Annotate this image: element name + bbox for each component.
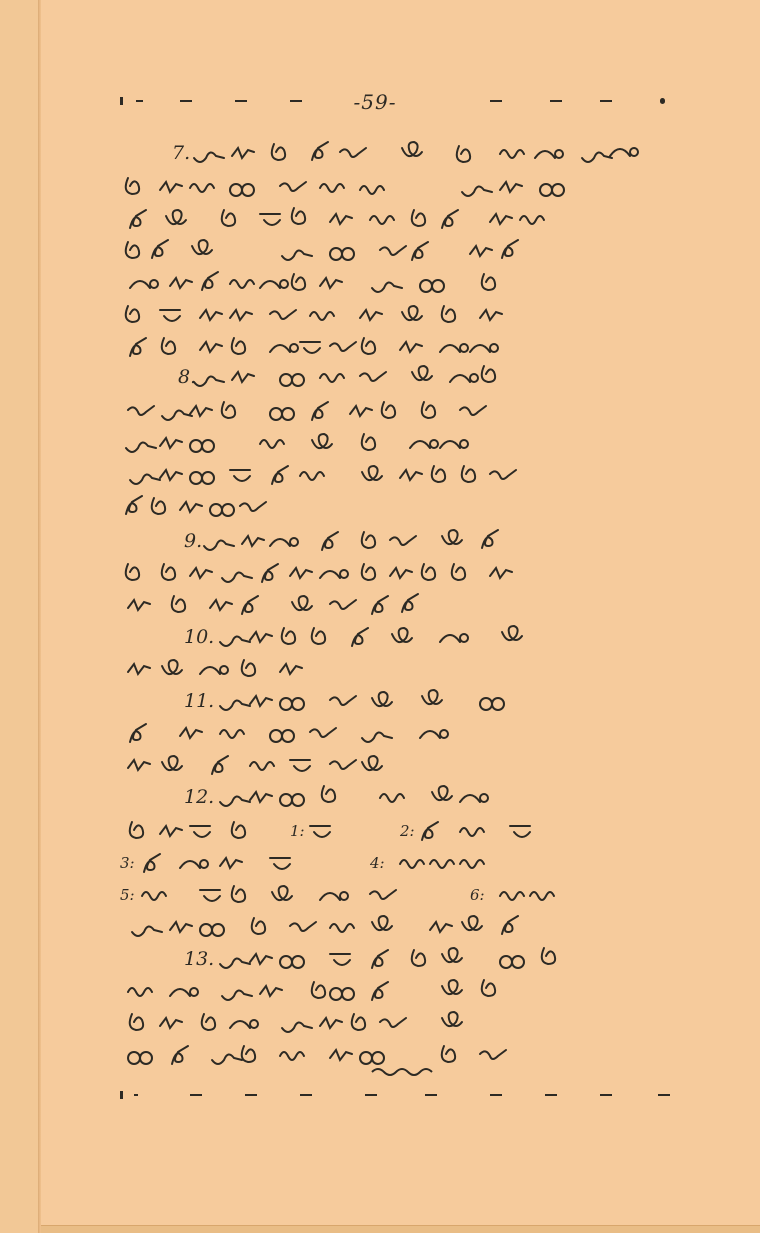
shorthand-line [120, 558, 670, 592]
rule-dash [120, 1091, 123, 1099]
rule-dash [136, 100, 143, 102]
shorthand-line: 8. [120, 362, 670, 396]
shorthand-line: 1: 2: [120, 816, 670, 850]
shorthand-line: 9. [120, 526, 670, 560]
rule-dash [550, 100, 562, 102]
rule-dash [490, 1094, 502, 1096]
shorthand-line: 7. [120, 138, 670, 172]
rule-dash [425, 1094, 437, 1096]
end-flourish-icon [370, 1064, 440, 1078]
shorthand-line [120, 396, 670, 430]
shorthand-line [120, 1008, 670, 1042]
rule-dash [365, 1094, 377, 1096]
footer-dashed-rule [120, 1088, 668, 1102]
page-number: -59- [340, 90, 410, 114]
shorthand-line: 10. [120, 622, 670, 656]
rule-dash [300, 1094, 312, 1096]
shorthand-line [120, 750, 670, 784]
shorthand-line [120, 460, 670, 494]
shorthand-line [120, 492, 670, 526]
shorthand-line: 11. [120, 686, 670, 720]
page-bottom-edge [41, 1225, 760, 1233]
rule-dash [658, 1094, 670, 1096]
rule-dash [134, 1094, 138, 1096]
shorthand-line: 5: 6: [120, 880, 670, 914]
shorthand-line: 12. [120, 782, 670, 816]
rule-dot [660, 98, 665, 104]
rule-dash [180, 100, 192, 102]
rule-dash [120, 97, 123, 105]
shorthand-line [120, 172, 670, 206]
rule-dash [245, 1094, 257, 1096]
shorthand-line [120, 236, 670, 270]
shorthand-line [120, 428, 670, 462]
shorthand-line [120, 976, 670, 1010]
shorthand-line [120, 912, 670, 946]
shorthand-line: 3: 4: [120, 848, 670, 882]
shorthand-line [120, 654, 670, 688]
shorthand-line [120, 590, 670, 624]
shorthand-line [120, 268, 670, 302]
shorthand-line [120, 718, 670, 752]
rule-dash [290, 100, 302, 102]
rule-dash [235, 100, 247, 102]
rule-dash [600, 100, 612, 102]
adjacent-page-edge [0, 0, 38, 1233]
rule-dash [190, 1094, 202, 1096]
rule-dash [490, 100, 502, 102]
rule-dash [545, 1094, 557, 1096]
shorthand-line [120, 332, 670, 366]
shorthand-line: 13. [120, 944, 670, 978]
shorthand-line [120, 300, 670, 334]
shorthand-line [120, 204, 670, 238]
rule-dash [600, 1094, 612, 1096]
